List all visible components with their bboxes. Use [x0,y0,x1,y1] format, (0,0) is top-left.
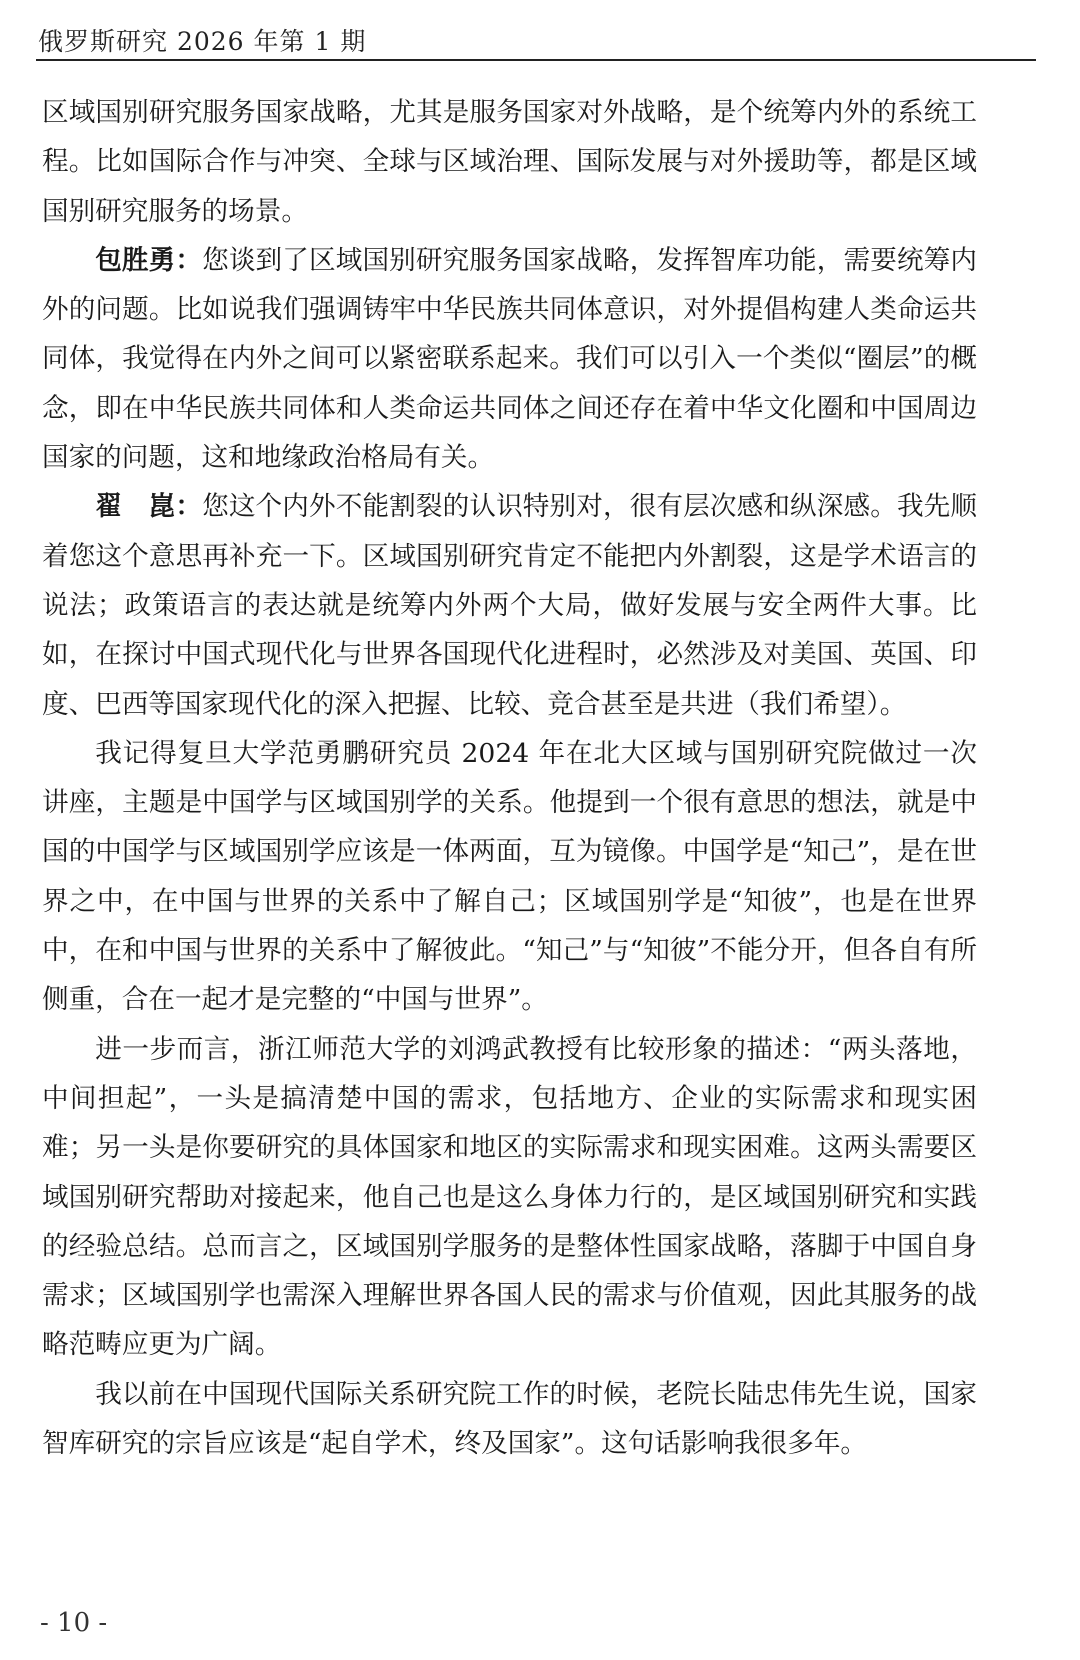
paragraph-text: 我记得复旦大学范勇鹏研究员 2024 年在北大区域与国别研究院做过一次讲座，主题… [42,738,977,1015]
page-number: - 10 - [40,1608,107,1638]
paragraph-text: 我以前在中国现代国际关系研究院工作的时候，老院长陆忠伟先生说，国家智库研究的宗旨… [42,1379,977,1459]
paragraph: 翟 崑：您这个内外不能割裂的认识特别对，很有层次感和纵深感。我先顺着您这个意思再… [42,482,977,728]
running-head-title: 俄罗斯研究 2026 年第 1 期 [38,22,366,58]
paragraph-text: 区域国别研究服务国家战略，尤其是服务国家对外战略，是个统筹内外的系统工程。比如国… [42,97,977,227]
header-rule [36,59,1036,61]
paragraph-text: 您谈到了区域国别研究服务国家战略，发挥智库功能，需要统筹内外的问题。比如说我们强… [42,245,977,473]
paragraph: 我记得复旦大学范勇鹏研究员 2024 年在北大区域与国别研究院做过一次讲座，主题… [42,729,977,1025]
speaker-name: 翟 崑： [95,491,202,522]
article-body: 区域国别研究服务国家战略，尤其是服务国家对外战略，是个统筹内外的系统工程。比如国… [42,88,977,1468]
speaker-name: 包胜勇： [95,245,202,276]
paragraph-text: 您这个内外不能割裂的认识特别对，很有层次感和纵深感。我先顺着您这个意思再补充一下… [42,491,977,719]
paragraph: 我以前在中国现代国际关系研究院工作的时候，老院长陆忠伟先生说，国家智库研究的宗旨… [42,1370,977,1469]
paragraph: 包胜勇：您谈到了区域国别研究服务国家战略，发挥智库功能，需要统筹内外的问题。比如… [42,236,977,482]
paragraph: 进一步而言，浙江师范大学的刘鸿武教授有比较形象的描述：“两头落地，中间担起”，一… [42,1025,977,1370]
paragraph-text: 进一步而言，浙江师范大学的刘鸿武教授有比较形象的描述：“两头落地，中间担起”，一… [42,1034,977,1361]
paragraph: 区域国别研究服务国家战略，尤其是服务国家对外战略，是个统筹内外的系统工程。比如国… [42,88,977,236]
